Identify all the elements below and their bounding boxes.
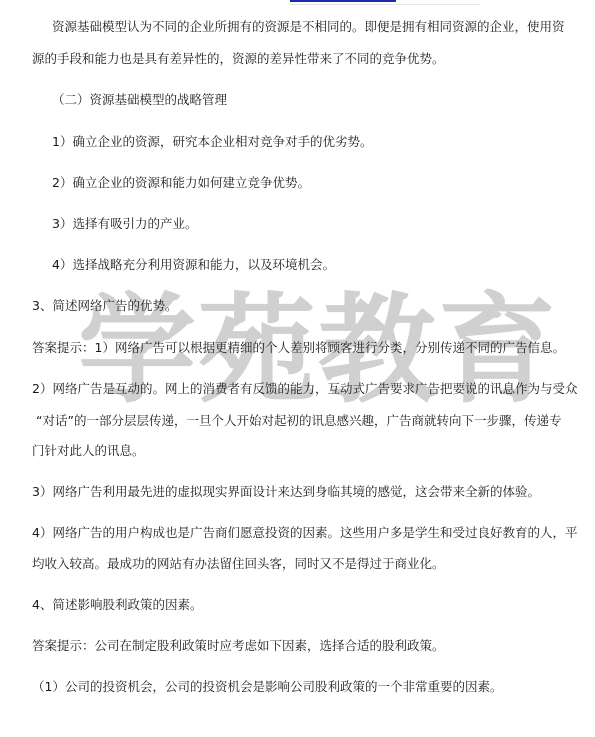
answer-3-point-2-line2: “对话”的一部分层层传递，一旦个人开始对起初的讯息感兴趣，广告商就转向下一步骤，… — [36, 413, 561, 429]
section-heading-strategy: （二）资源基础模型的战略管理 — [52, 92, 227, 108]
answer-3-point-2-line1: 2）网络广告是互动的。网上的消费者有反馈的能力，互动式广告要求广告把要说的讯息作… — [32, 381, 577, 397]
answer-3-point-4-line1: 4）网络广告的用户构成也是广告商们愿意投资的因素。这些用户多是学生和受过良好教育… — [32, 525, 577, 541]
top-link-underline — [290, 0, 396, 2]
paragraph-resource-model-line1: 资源基础模型认为不同的企业所拥有的资源是不相同的。即便是拥有相同资源的企业，使用… — [52, 19, 565, 35]
list-item-strategy-3: 3）选择有吸引力的产业。 — [52, 216, 197, 232]
answer-4-intro: 答案提示：公司在制定股利政策时应考虑如下因素，选择合适的股利政策。 — [32, 638, 445, 654]
paragraph-resource-model-line2: 源的手段和能力也是具有差异性的，资源的差异性带来了不同的竞争优势。 — [32, 51, 445, 67]
answer-3-point-3: 3）网络广告利用最先进的虚拟现实界面设计来达到身临其境的感觉，这会带来全新的体验… — [32, 484, 540, 500]
list-item-strategy-1: 1）确立企业的资源，研究本企业相对竞争对手的优劣势。 — [52, 134, 372, 150]
top-faint-rule — [290, 4, 480, 5]
answer-3-point-4-line2: 均收入较高。最成功的网站有办法留住回头客，同时又不是得过于商业化。 — [32, 556, 445, 572]
question-3-heading: 3、简述网络广告的优势。 — [32, 298, 177, 314]
answer-4-point-1: （1）公司的投资机会，公司的投资机会是影响公司股利政策的一个非常重要的因素。 — [32, 679, 502, 695]
answer-3-point-2-line3: 门针对此人的讯息。 — [32, 443, 145, 459]
list-item-strategy-2: 2）确立企业的资源和能力如何建立竞争优势。 — [52, 175, 310, 191]
answer-3-point-1: 答案提示：1）网络广告可以根据更精细的个人差别将顾客进行分类，分别传递不同的广告… — [32, 340, 565, 356]
question-4-heading: 4、简述影响股利政策的因素。 — [32, 597, 202, 613]
list-item-strategy-4: 4）选择战略充分利用资源和能力，以及环境机会。 — [52, 257, 335, 273]
